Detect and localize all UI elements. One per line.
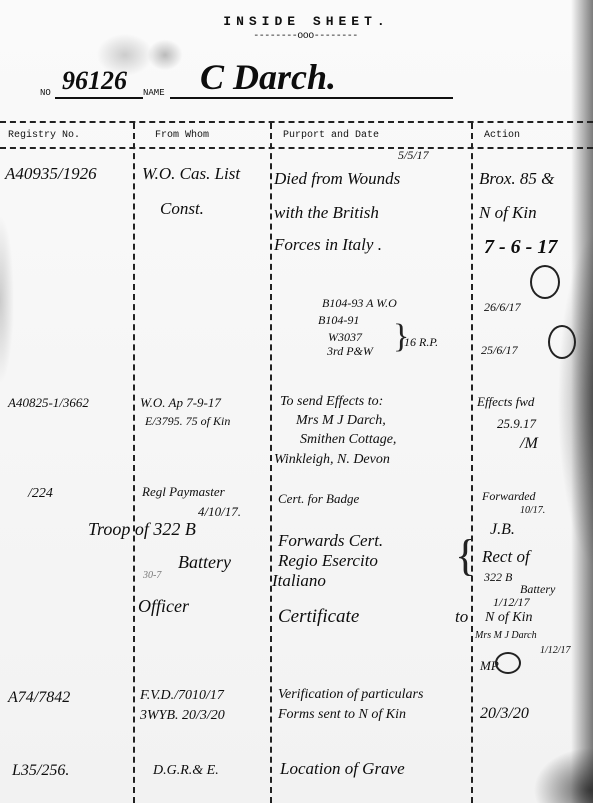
from-whom-line: F.V.D./7010/17 (140, 688, 224, 704)
from-whom-line: W.O. Cas. List (142, 165, 240, 182)
from-whom-note: Battery (178, 553, 231, 571)
purport-line: Winkleigh, N. Devon (274, 452, 390, 468)
from-whom-line: W.O. Ap 7-9-17 (140, 395, 221, 411)
from-whom-line: Const. (160, 200, 204, 217)
table-top-rule (0, 121, 593, 123)
column-header-purport: Purport and Date (283, 130, 379, 141)
column-header-action: Action (484, 130, 520, 141)
from-whom-note: Officer (138, 597, 189, 615)
column-divider-1 (133, 123, 135, 803)
action-line: 25.9.17 (497, 416, 536, 432)
column-header-registry: Registry No. (8, 130, 80, 141)
purport-line: Verification of particulars (278, 687, 423, 703)
action-line: Effects fwd (477, 394, 534, 410)
action-line: J.B. (490, 522, 515, 538)
name-underline (170, 97, 453, 99)
reference-line: B104-93 A W.O (322, 296, 397, 311)
action-line: Brox. 85 & (479, 170, 554, 187)
purport-line: to (455, 608, 468, 625)
purport-line: Certificate (278, 607, 359, 626)
registry-no: L35/256. (12, 763, 69, 779)
page-title: INSIDE SHEET. (0, 14, 593, 29)
purport-line: Forms sent to N of Kin (278, 707, 406, 723)
registry-no: A40935/1926 (5, 165, 97, 182)
purport-line: Forces in Italy . (274, 236, 382, 253)
from-whom-note: Troop of 322 B (88, 520, 196, 538)
action-line: N of Kin (485, 610, 532, 626)
action-initials: /M (520, 435, 538, 453)
registry-no: A74/7842 (8, 690, 70, 706)
initials-stamp-icon (548, 325, 576, 359)
purport-line: Location of Grave (280, 760, 405, 777)
purport-line: Cert. for Badge (278, 491, 359, 507)
action-line: Rect of (482, 548, 530, 565)
reference-line: W3037 (328, 330, 362, 345)
from-whom-line: E/3795. 75 of Kin (145, 414, 230, 429)
purport-line: To send Effects to: (280, 394, 383, 410)
action-date: 26/6/17 (484, 300, 521, 315)
name-value: C Darch. (200, 56, 336, 98)
from-whom-line: 3WYB. 20/3/20 (140, 708, 225, 724)
from-whom-line: 4/10/17. (198, 504, 241, 520)
action-line: 10/17. (520, 505, 545, 516)
purport-line: Smithen Cottage, (300, 432, 396, 448)
number-value: 96126 (62, 66, 127, 96)
number-underline (55, 97, 143, 99)
initials-stamp-icon (495, 652, 521, 674)
column-header-from: From Whom (155, 130, 209, 141)
column-divider-2 (270, 123, 272, 803)
purport-line: Regio Esercito (278, 552, 378, 569)
purport-line: with the British (274, 204, 379, 221)
action-line: 1/12/17 (540, 645, 571, 656)
reference-bracket-note: 16 R.P. (404, 335, 438, 350)
purport-date: 5/5/17 (398, 148, 429, 163)
bracket-icon: { (455, 530, 476, 581)
table-header-rule (0, 147, 593, 149)
column-divider-3 (471, 123, 473, 803)
purport-line: Mrs M J Darch, (296, 413, 386, 429)
action-date: 25/6/17 (481, 343, 518, 358)
from-whom-note: 30-7 (143, 570, 161, 581)
from-whom-line: D.G.R.& E. (153, 763, 219, 779)
title-rule: --------ooo-------- (0, 31, 593, 42)
action-line: 322 B (484, 570, 512, 585)
reference-line: 3rd P&W (327, 344, 373, 359)
purport-line: Forwards Cert. (278, 532, 383, 549)
reference-line: B104-91 (318, 313, 359, 328)
action-line: N of Kin (479, 204, 537, 221)
number-label: NO (40, 88, 51, 98)
action-line: Forwarded (482, 489, 536, 504)
name-label: NAME (143, 88, 165, 98)
action-line: 7 - 6 - 17 (484, 237, 557, 257)
action-line: Mrs M J Darch (475, 630, 537, 641)
purport-line: Died from Wounds (274, 170, 400, 187)
registry-no: /224 (28, 486, 53, 502)
purport-line: Italiano (272, 572, 326, 589)
action-line: 1/12/17 (493, 595, 530, 610)
registry-no: A40825-1/3662 (8, 395, 89, 411)
action-line: 20/3/20 (480, 706, 529, 722)
from-whom-line: Regl Paymaster (142, 484, 225, 500)
initials-stamp-icon (530, 265, 560, 299)
